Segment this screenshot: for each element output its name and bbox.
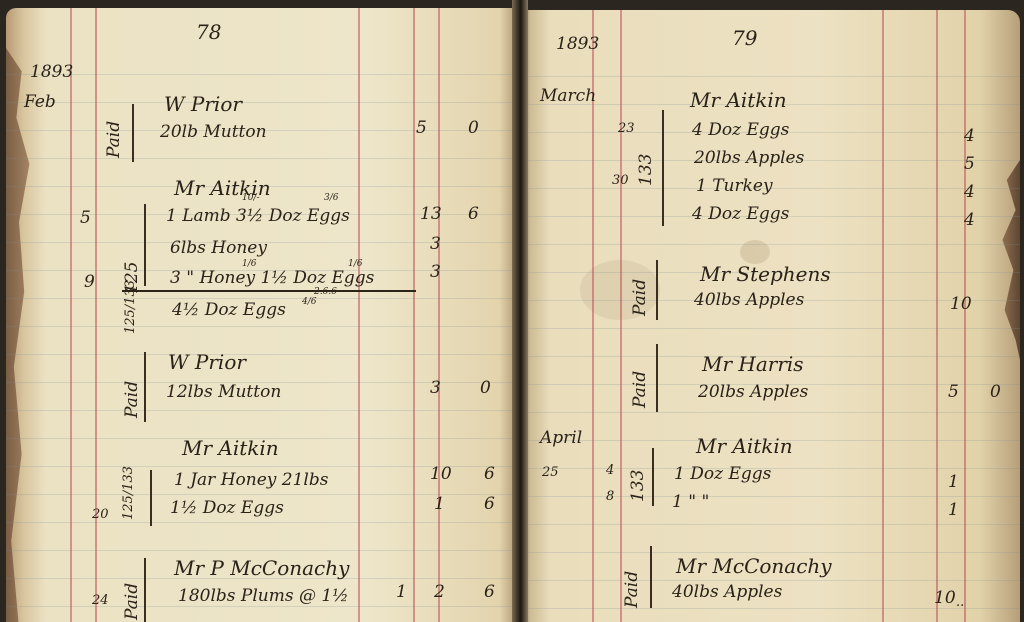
item-day: 8 [606, 490, 614, 503]
item-pence: 6 [484, 584, 495, 601]
year: 1893 [30, 64, 73, 81]
item-description: 1 Turkey [696, 178, 773, 195]
right-page: 79 1893 March Mr Aitkin 133 23 4 Doz Egg… [520, 10, 1020, 622]
item-day: 20 [92, 508, 109, 521]
customer-name: Mr Stephens [700, 264, 831, 284]
item-annotation: 10/- [242, 194, 260, 203]
item-shillings: 10 [934, 590, 956, 607]
item-shillings: 5 [948, 384, 959, 401]
customer-name: Mr Harris [702, 354, 804, 374]
item-shillings: 4 [964, 212, 975, 229]
paid-stamp: Paid [124, 583, 141, 620]
paid-stamp: Paid [632, 371, 649, 408]
item-pence: 6 [468, 206, 479, 223]
item-description: 1 Jar Honey 21lbs [174, 472, 328, 489]
item-description: 20lbs Apples [698, 384, 808, 401]
item-description: 20lbs Apples [694, 150, 804, 167]
item-day: 24 [92, 594, 109, 607]
year: 1893 [556, 36, 599, 53]
customer-name: Mr Aitkin [690, 90, 787, 110]
item-description: 1 " " [672, 494, 709, 511]
customer-name: Mr McConachy [676, 556, 832, 576]
month: April [540, 430, 582, 447]
ledger-book: 78 1893 Feb Paid W Prior 20lb Mutton 5 0… [0, 0, 1024, 622]
torn-edge [6, 48, 32, 622]
item-day: 30 [612, 174, 629, 187]
item-shillings: 5 [416, 120, 427, 137]
item-description: 4 Doz Eggs [692, 122, 789, 139]
item-shillings: 5 [964, 156, 975, 173]
page-number: 78 [196, 22, 221, 42]
item-description: 180lbs Plums @ 1½ [178, 588, 349, 605]
item-pounds: 1 [396, 584, 407, 601]
item-pence: 0 [468, 120, 479, 137]
customer-name: W Prior [168, 352, 246, 372]
item-pence: 0 [480, 380, 491, 397]
item-shillings: 3 [430, 264, 441, 281]
paid-stamp: Paid [106, 121, 123, 158]
item-shillings: 13 [420, 206, 442, 223]
item-description: 4 Doz Eggs [692, 206, 789, 223]
month: March [540, 88, 596, 105]
item-day: 4 [606, 464, 614, 477]
item-pence: 6 [484, 496, 495, 513]
book-spine [512, 0, 528, 622]
item-annotation: 2.6.6 [314, 288, 337, 297]
item-shillings: 10 [430, 466, 452, 483]
item-shillings: 4 [964, 128, 975, 145]
item-description: 1 Doz Eggs [674, 466, 771, 483]
customer-name: W Prior [164, 94, 242, 114]
item-shillings: 2 [434, 584, 445, 601]
item-day: 5 [80, 210, 91, 227]
item-shillings: 1 [434, 496, 445, 513]
item-annotation: 4/6 [302, 298, 316, 307]
item-shillings: 3 [430, 236, 441, 253]
item-shillings: 4 [964, 184, 975, 201]
folio-number: 133 [630, 470, 647, 502]
left-page: 78 1893 Feb Paid W Prior 20lb Mutton 5 0… [6, 8, 520, 622]
item-pence: .. [956, 596, 964, 609]
item-shillings: 10 [950, 296, 972, 313]
item-description: 40lbs Apples [694, 292, 804, 309]
item-shillings: 3 [430, 380, 441, 397]
customer-name: Mr Aitkin [696, 436, 793, 456]
item-pence: 0 [990, 384, 1001, 401]
item-description: 20lb Mutton [160, 124, 267, 141]
item-description: 40lbs Apples [672, 584, 782, 601]
customer-name: Mr P McConachy [174, 558, 349, 578]
item-description: 6lbs Honey [170, 240, 267, 257]
item-shillings: 1 [948, 474, 959, 491]
page-number: 79 [732, 28, 757, 48]
item-day: 23 [618, 122, 635, 135]
item-pence: 6 [484, 466, 495, 483]
folio-number: 133 [638, 154, 655, 186]
item-shillings: 1 [948, 502, 959, 519]
item-description: 4½ Doz Eggs [172, 302, 286, 319]
paid-stamp: Paid [632, 279, 649, 316]
item-description: 12lbs Mutton [166, 384, 281, 401]
month: Feb [24, 94, 56, 111]
item-annotation: 3/6 [324, 194, 338, 203]
item-day: 9 [84, 274, 95, 291]
torn-edge [998, 160, 1020, 360]
folio-number: 125/133 [122, 466, 135, 520]
paid-stamp: Paid [124, 381, 141, 418]
item-description: 1½ Doz Eggs [170, 500, 284, 517]
folio-number: 125/133 [124, 280, 137, 334]
paid-stamp: Paid [624, 571, 641, 608]
margin-note: 25 [542, 466, 559, 479]
item-description: 3 " Honey 1½ Doz Eggs [170, 270, 374, 287]
customer-name: Mr Aitkin [182, 438, 279, 458]
item-description: 1 Lamb 3½ Doz Eggs [166, 208, 350, 225]
